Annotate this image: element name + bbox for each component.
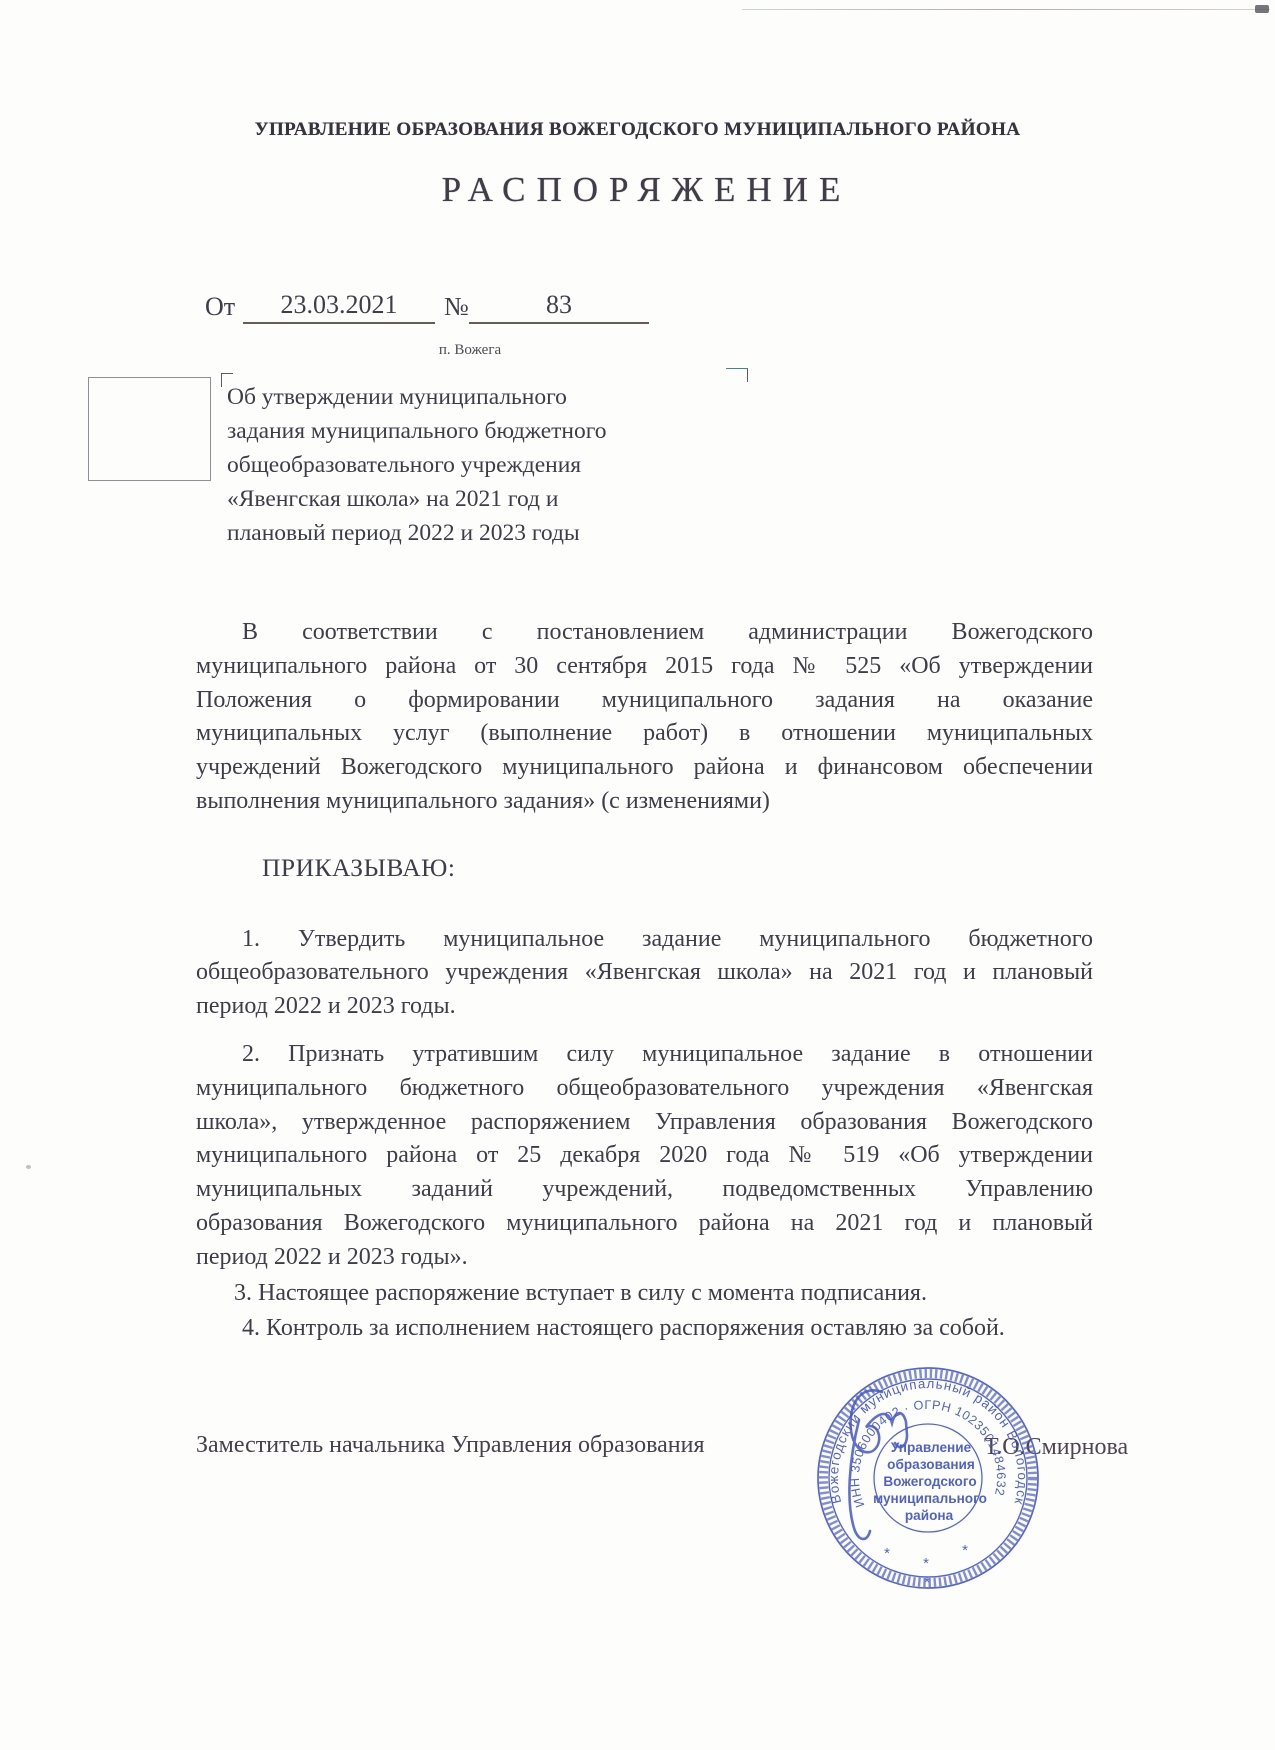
order-item-4: 4. Контроль за исполнением настоящего ра… [196, 1312, 1093, 1346]
item-line: общеобразовательного учреждения «Явенгск… [196, 956, 1093, 990]
stamp-center-text: Управление образования Вожегодского муни… [873, 1440, 987, 1523]
intro-line: муниципального района от 30 сентября 201… [196, 650, 1093, 684]
subject-block: Об утверждении муниципального задания му… [227, 380, 697, 550]
subject-line: общеобразовательного учреждения [227, 448, 697, 482]
order-heading: ПРИКАЗЫВАЮ: [196, 851, 1093, 885]
item-line: период 2022 и 2023 годы». [196, 1241, 1093, 1275]
item-line: школа», утвержденное распоряжением Управ… [196, 1106, 1093, 1140]
stamp-asterisk: * [884, 1545, 890, 1562]
order-item-1: 1. Утвердить муниципальное задание муниц… [196, 923, 1093, 1024]
item-line: 1. Утвердить муниципальное задание муниц… [196, 923, 1093, 957]
corner-mark-right [726, 368, 748, 382]
item-line: образования Вожегодского муниципального … [196, 1207, 1093, 1241]
stamp-center-line: образования [887, 1457, 975, 1472]
item-line: муниципального района от 25 декабря 2020… [196, 1139, 1093, 1173]
stamp-asterisk: * [923, 1555, 929, 1572]
number-label: № [444, 292, 469, 322]
organization-name: УПРАВЛЕНИЕ ОБРАЗОВАНИЯ ВОЖЕГОДСКОГО МУНИ… [0, 119, 1275, 141]
scan-line-artifact [742, 9, 1270, 10]
scanned-document-page: УПРАВЛЕНИЕ ОБРАЗОВАНИЯ ВОЖЕГОДСКОГО МУНИ… [0, 0, 1275, 1750]
intro-line: выполнения муниципального задания» (с из… [196, 785, 1093, 819]
subject-line: «Явенгская школа» на 2021 год и [227, 482, 697, 516]
subject-line: Об утверждении муниципального [227, 380, 697, 414]
document-type-title: РАСПОРЯЖЕНИЕ [18, 170, 1275, 210]
stamp-center-line: района [905, 1508, 954, 1523]
date-label: От [205, 292, 235, 322]
document-body: В соответствии с постановлением админист… [196, 616, 1093, 1346]
stamp-center-line: муниципального [873, 1491, 987, 1506]
intro-line: учреждений Вожегодского муниципального р… [196, 751, 1093, 785]
subject-line: плановый период 2022 и 2023 годы [227, 516, 697, 550]
meta-row: От 23.03.2021 № 83 [0, 288, 1275, 324]
stamp-asterisk: * [924, 1574, 930, 1591]
item-line: муниципального бюджетного общеобразовате… [196, 1072, 1093, 1106]
place-name: п. Вожега [388, 342, 552, 359]
intro-line: муниципальных услуг (выполнение работ) в… [196, 717, 1093, 751]
number-value: 83 [469, 290, 649, 324]
blank-marking-box [88, 377, 211, 481]
stamp-asterisk: * [962, 1542, 968, 1559]
item-line: период 2022 и 2023 годы. [196, 990, 1093, 1024]
stamp-center-line: Вожегодского [883, 1474, 976, 1489]
item-line: муниципальных заданий учреждений, подвед… [196, 1173, 1093, 1207]
intro-paragraph: В соответствии с постановлением админист… [196, 616, 1093, 819]
order-item-3: 3. Настоящее распоряжение вступает в сил… [196, 1277, 1093, 1311]
official-stamp: Вожегодский муниципальный район Вологодс… [802, 1352, 1054, 1604]
intro-line: В соответствии с постановлением админист… [196, 616, 1093, 650]
scan-speck-artifact [1255, 5, 1269, 13]
order-item-2: 2. Признать утратившим силу муниципально… [196, 1038, 1093, 1275]
margin-dot-artifact [26, 1165, 31, 1169]
intro-line: Положения о формировании муниципального … [196, 684, 1093, 718]
item-line: 2. Признать утратившим силу муниципально… [196, 1038, 1093, 1072]
subject-line: задания муниципального бюджетного [227, 414, 697, 448]
date-value: 23.03.2021 [243, 290, 435, 324]
signature-position: Заместитель начальника Управления образо… [196, 1432, 705, 1459]
